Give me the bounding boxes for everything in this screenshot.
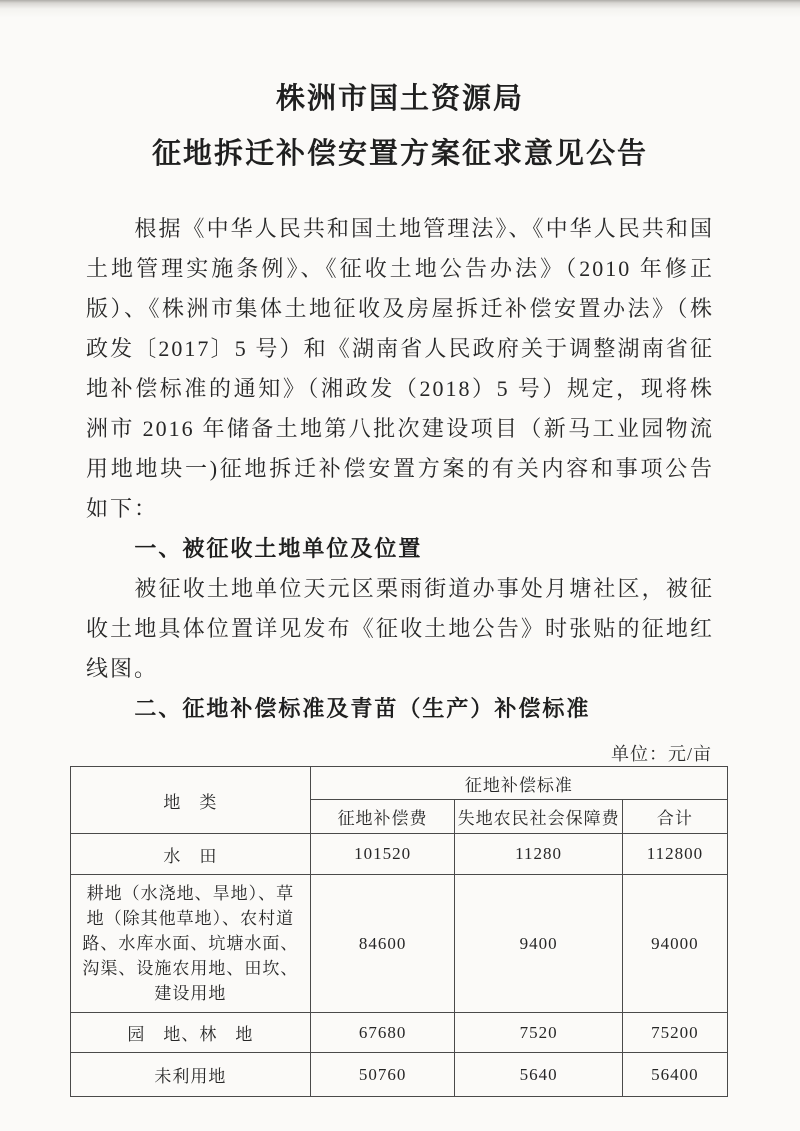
table-row: 未利用地 50760 5640 56400 bbox=[71, 1053, 728, 1097]
compensation-group-header: 征地补偿标准 bbox=[310, 767, 727, 800]
document-body: 根据《中华人民共和国土地管理法》、《中华人民共和国土地管理实施条例》、《征收土地… bbox=[86, 209, 714, 729]
land-type-cell: 耕地（水浇地、旱地）、草地（除其他草地）、农村道路、水库水面、坑塘水面、沟渠、设… bbox=[71, 875, 311, 1013]
title-line-1: 株洲市国土资源局 bbox=[0, 72, 800, 127]
social-security-fee-cell: 5640 bbox=[455, 1053, 623, 1097]
column-header-compensation-fee: 征地补偿费 bbox=[310, 800, 455, 834]
compensation-fee-cell: 50760 bbox=[310, 1053, 455, 1097]
section-1-heading: 一、被征收土地单位及位置 bbox=[86, 529, 714, 569]
unit-note: 单位：元/亩 bbox=[611, 740, 712, 766]
land-type-column-header: 地 类 bbox=[71, 767, 311, 834]
total-cell: 94000 bbox=[622, 875, 727, 1013]
social-security-fee-cell: 9400 bbox=[455, 875, 623, 1013]
social-security-fee-cell: 11280 bbox=[455, 834, 623, 875]
land-type-cell: 园 地、林 地 bbox=[71, 1013, 311, 1053]
section-2-heading: 二、征地补偿标准及青苗（生产）补偿标准 bbox=[86, 689, 714, 729]
title-line-2: 征地拆迁补偿安置方案征求意见公告 bbox=[0, 127, 800, 182]
table-row: 水 田 101520 11280 112800 bbox=[71, 834, 728, 875]
column-header-total: 合计 bbox=[622, 800, 727, 834]
compensation-fee-cell: 84600 bbox=[310, 875, 455, 1013]
table-row: 耕地（水浇地、旱地）、草地（除其他草地）、农村道路、水库水面、坑塘水面、沟渠、设… bbox=[71, 875, 728, 1013]
land-type-cell: 水 田 bbox=[71, 834, 311, 875]
section-1-paragraph: 被征收土地单位天元区栗雨街道办事处月塘社区，被征收土地具体位置详见发布《征收土地… bbox=[86, 569, 714, 689]
table-header-row-1: 地 类 征地补偿标准 bbox=[71, 767, 728, 800]
document-title: 株洲市国土资源局 征地拆迁补偿安置方案征求意见公告 bbox=[0, 72, 800, 182]
document-page: 株洲市国土资源局 征地拆迁补偿安置方案征求意见公告 根据《中华人民共和国土地管理… bbox=[0, 0, 800, 1131]
total-cell: 75200 bbox=[622, 1013, 727, 1053]
column-header-social-security-fee: 失地农民社会保障费 bbox=[455, 800, 623, 834]
social-security-fee-cell: 7520 bbox=[455, 1013, 623, 1053]
compensation-table: 地 类 征地补偿标准 征地补偿费 失地农民社会保障费 合计 水 田 101520… bbox=[70, 766, 728, 1097]
total-cell: 56400 bbox=[622, 1053, 727, 1097]
intro-paragraph: 根据《中华人民共和国土地管理法》、《中华人民共和国土地管理实施条例》、《征收土地… bbox=[86, 209, 714, 529]
table-row: 园 地、林 地 67680 7520 75200 bbox=[71, 1013, 728, 1053]
total-cell: 112800 bbox=[622, 834, 727, 875]
compensation-fee-cell: 101520 bbox=[310, 834, 455, 875]
land-type-cell: 未利用地 bbox=[71, 1053, 311, 1097]
compensation-fee-cell: 67680 bbox=[310, 1013, 455, 1053]
